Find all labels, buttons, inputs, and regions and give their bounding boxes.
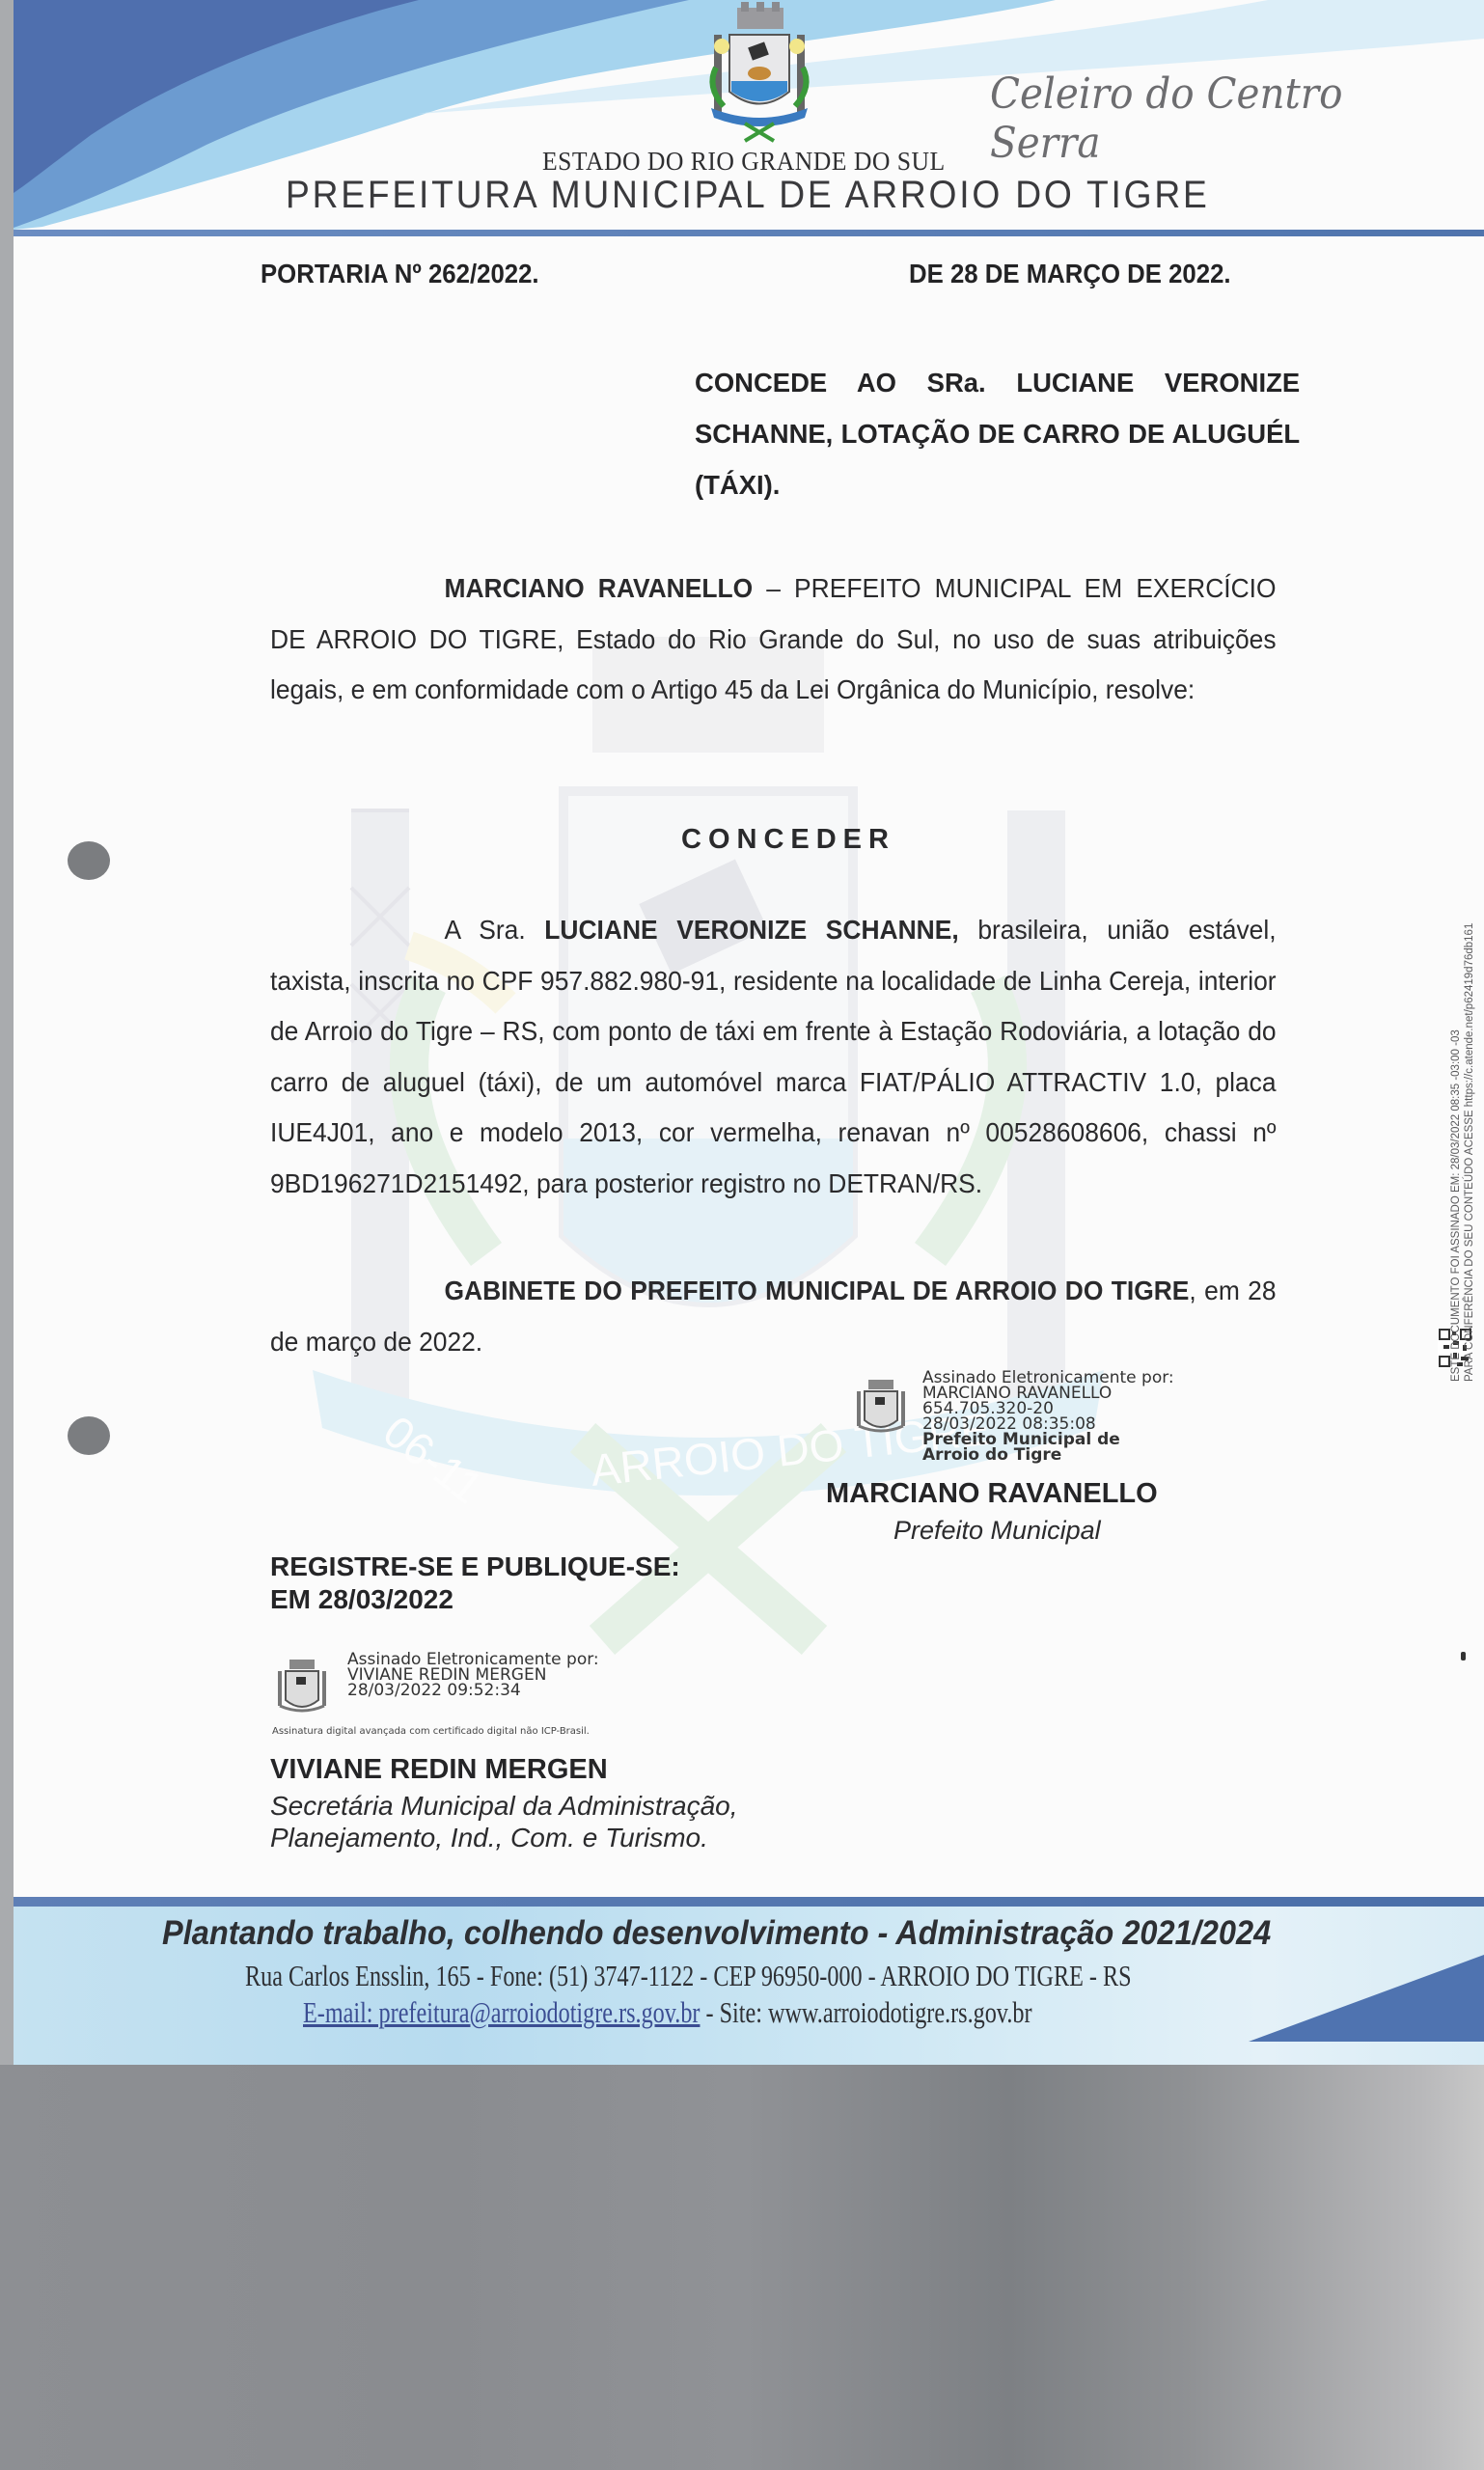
ordinance-date: DE 28 DE MARÇO DE 2022. [909,259,1231,289]
site-text[interactable]: - Site: www.arroiodotigre.rs.gov.br [700,1995,1031,2029]
header-divider [14,230,1484,236]
mayor-stamp-text: Assinado Eletronicamente por: MARCIANO R… [922,1370,1174,1463]
verification-text: ESTE DOCUMENTO FOI ASSINADO EM: 28/03/20… [1449,923,1476,1382]
closing-bold: GABINETE DO PREFEITO MUNICIPAL DE ARROIO… [444,1276,1189,1305]
grant-prefix: A Sra. [444,915,544,945]
state-name: ESTADO DO RIO GRANDE DO SUL [542,147,946,177]
mayor-signature-name: MARCIANO RAVANELLO [826,1478,1158,1510]
signature-seal-icon [274,1658,330,1717]
city-hall-address: Rua Carlos Ensslin, 165 - Fone: (51) 374… [245,1959,1132,1993]
document-page: Celeiro do Centro Serra ESTADO DO RIO GR… [14,0,1484,2065]
contact-line: E-mail: prefeitura@arroiodotigre.rs.gov.… [303,1995,1032,2030]
grant-paragraph: A Sra. LUCIANE VERONIZE SCHANNE, brasile… [270,905,1277,1209]
secretary-signature-role: Secretária Municipal da Administração, P… [270,1790,738,1853]
closing-paragraph: GABINETE DO PREFEITO MUNICIPAL DE ARROIO… [270,1266,1277,1367]
register-publish-note: REGISTRE-SE E PUBLIQUE-SE: EM 28/03/2022 [270,1551,680,1616]
mayor-signature-role: Prefeito Municipal [893,1516,1101,1546]
administration-slogan: Plantando trabalho, colhendo desenvolvim… [162,1914,1271,1953]
beneficiary-name: LUCIANE VERONIZE SCHANNE, [544,915,958,945]
municipal-motto: Celeiro do Centro Serra [990,69,1444,168]
footer-divider [14,1897,1484,1907]
preamble-paragraph: MARCIANO RAVANELLO – PREFEITO MUNICIPAL … [270,563,1277,716]
page-footer: Plantando trabalho, colhendo desenvolvim… [14,1897,1484,2065]
ordinance-number: PORTARIA Nº 262/2022. [261,259,539,289]
municipal-coat-of-arms-icon [687,0,832,143]
email-link[interactable]: E-mail: prefeitura@arroiodotigre.rs.gov.… [303,1995,700,2029]
scan-edge [0,0,14,2065]
scan-speck [1461,1652,1466,1660]
preamble-text: – PREFEITO MUNICIPAL EM EXERCÍCIO DE ARR… [270,573,1277,704]
secretary-signature-name: VIVIANE REDIN MERGEN [270,1754,608,1786]
punch-hole [68,1416,110,1455]
signature-seal-icon [853,1378,909,1438]
grant-text: brasileira, união estável, taxista, insc… [270,915,1277,1198]
secretary-stamp-text: Assinado Eletronicamente por: VIVIANE RE… [347,1652,599,1698]
ordinance-summary: CONCEDE AO SRa. LUCIANE VERONIZE SCHANNE… [695,357,1300,510]
mayor-name-inline: MARCIANO RAVANELLO [444,573,753,603]
punch-hole [68,841,110,880]
action-heading: CONCEDER [681,824,895,856]
institution-name: PREFEITURA MUNICIPAL DE ARROIO DO TIGRE [286,174,1210,217]
certificate-note: Assinatura digital avançada com certific… [272,1726,677,1737]
